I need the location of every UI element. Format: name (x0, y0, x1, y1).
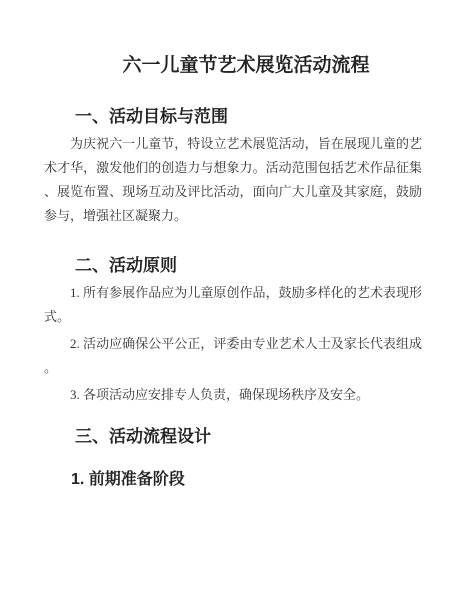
document-page: 六一儿童节艺术展览活动流程 一、活动目标与范围 为庆祝六一儿童节，特设立艺术展览… (0, 0, 463, 600)
paragraph-principle-2: 2. 活动应确保公平公正，评委由专业艺术人士及家长代表组成。 (44, 332, 422, 380)
sub-heading-preparation-phase: 1. 前期准备阶段 (44, 468, 422, 492)
section-heading-process-design: 三、活动流程设计 (44, 425, 422, 449)
paragraph-principle-1: 1. 所有参展作品应为儿童原创作品，鼓励多样化的艺术表现形式。 (44, 281, 422, 329)
section-heading-principles: 二、活动原则 (44, 254, 422, 278)
paragraph-goals: 为庆祝六一儿童节，特设立艺术展览活动，旨在展现儿童的艺术才华，激发他们的创造力与… (44, 132, 422, 228)
section-heading-goals: 一、活动目标与范围 (44, 105, 422, 129)
paragraph-principle-3: 3. 各项活动应安排专人负责，确保现场秩序及安全。 (44, 383, 422, 407)
document-title: 六一儿童节艺术展览活动流程 (44, 52, 422, 80)
